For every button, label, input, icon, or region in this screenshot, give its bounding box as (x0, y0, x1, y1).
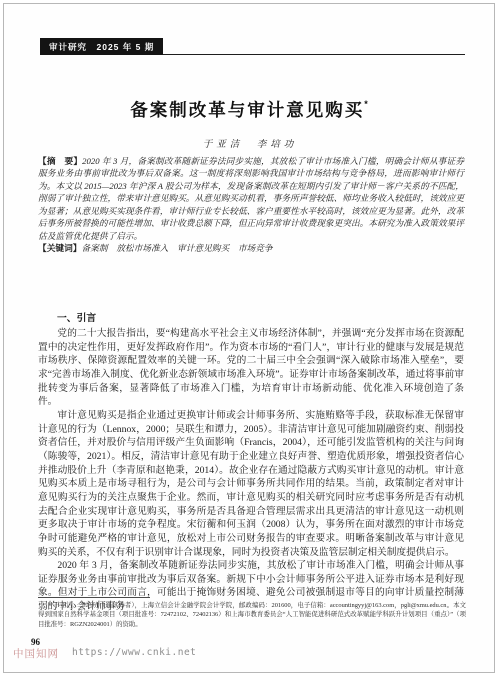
footnote-text: * 于亚洁、李培功（通讯作者），上海立信会计金融学院会计学院，邮政编码：2016… (38, 601, 466, 629)
section-heading-introduction: 一、引言 (57, 310, 96, 324)
article-title: 备案制改革与审计意见购买 (130, 100, 364, 120)
keywords-text: 备案制 放松市场准入 审计意见购买 市场竞争 (81, 243, 272, 253)
introduction-body: 党的二十大报告指出，要“构建高水平社会主义市场经济体制”，并强调“充分发挥市场在… (38, 327, 464, 614)
scanned-paper-page: 审计研究 2025 年 5 期 备案制改革与审计意见购买* 于亚洁 李培功 【摘… (0, 0, 500, 680)
abstract-label: 【摘 要】 (38, 156, 82, 166)
footnote-block: * 于亚洁、李培功（通讯作者），上海立信会计金融学院会计学院，邮政编码：2016… (38, 601, 466, 629)
title-footnote-mark: * (364, 99, 370, 109)
header-rule (163, 53, 465, 55)
journal-header: 审计研究 2025 年 5 期 (40, 38, 465, 55)
body-paragraph: 党的二十大报告指出，要“构建高水平社会主义市场经济体制”，并强调“充分发挥市场在… (38, 327, 464, 409)
page-title: 备案制改革与审计意见购买* (0, 97, 500, 122)
cnki-watermark: 中国知网 (13, 646, 59, 661)
cnki-url: https://www.cnki.net (72, 647, 196, 658)
keywords-line: 【关键词】备案制 放松市场准入 审计意见购买 市场竞争 (38, 242, 464, 254)
abstract-block: 【摘 要】2020 年 3 月，备案制改革随新证券法同步实施，其放松了审计市场准… (38, 155, 464, 255)
keywords-label: 【关键词】 (38, 243, 81, 253)
author-names: 于亚洁 李培功 (0, 136, 500, 150)
footnote-separator (38, 597, 150, 598)
journal-issue-badge: 审计研究 2025 年 5 期 (40, 38, 163, 55)
abstract-text: 2020 年 3 月，备案制改革随新证券法同步实施，其放松了审计市场准入门槛，明… (38, 156, 464, 241)
body-paragraph: 审计意见购买是指企业通过更换审计师或会计师事务所、实施贿赂等手段，获取标准无保留… (38, 409, 464, 559)
